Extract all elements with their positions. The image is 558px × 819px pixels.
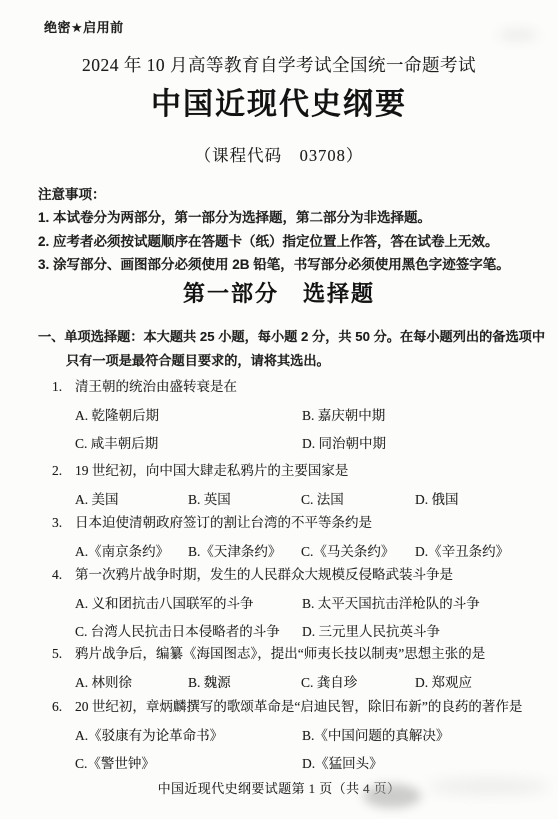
option-b: B. 嘉庆朝中期 (302, 402, 552, 430)
notice-heading: 注意事项： (38, 183, 544, 206)
question-5: 5.鸦片战争后，编纂《海国图志》，提出“师夷长技以制夷”思想主张的是 A. 林则… (0, 643, 552, 697)
question-stem: 鸦片战争后，编纂《海国图志》，提出“师夷长技以制夷”思想主张的是 (75, 646, 485, 661)
question-number: 4. (52, 564, 75, 585)
option-b: B. 英国 (188, 486, 301, 514)
question-options: A. 美国 B. 英国 C. 法国 D. 俄国 (75, 486, 552, 514)
option-a: A. 美国 (75, 486, 188, 514)
section-intro-line-1: 一、单项选择题：本大题共 25 小题，每小题 2 分，共 50 分。在每小题列出… (38, 325, 552, 349)
option-d: D. 同治朝中期 (302, 430, 552, 458)
question-number: 2. (52, 460, 75, 481)
scan-smudge-streak (428, 779, 550, 794)
question-options: A. 乾隆朝后期 B. 嘉庆朝中期 C. 咸丰朝后期 D. 同治朝中期 (75, 402, 552, 457)
section-intro: 一、单项选择题：本大题共 25 小题，每小题 2 分，共 50 分。在每小题列出… (38, 325, 552, 373)
option-a: A. 乾隆朝后期 (75, 402, 302, 430)
option-c: C. 台湾人民抗击日本侵略者的斗争 (75, 618, 302, 646)
option-d: D.《辛丑条约》 (415, 538, 552, 566)
option-a: A. 林则徐 (75, 669, 188, 697)
notice-item-1: 1. 本试卷分为两部分，第一部分为选择题，第二部分为非选择题。 (38, 206, 544, 229)
question-stem: 清王朝的统治由盛转衰是在 (75, 379, 237, 394)
question-6: 6.20 世纪初，章炳麟撰写的歌颂革命是“启迪民智，除旧布新”的良药的著作是 A… (0, 696, 552, 777)
option-d: D. 俄国 (415, 486, 552, 514)
option-b: B. 魏源 (188, 669, 301, 697)
course-code: （课程代码 03708） (0, 142, 558, 166)
option-a: A.《驳康有为论革命书》 (75, 722, 302, 750)
question-number: 5. (52, 643, 75, 664)
question-3: 3.日本迫使清朝政府签订的割让台湾的不平等条约是 A.《南京条约》 B.《天津条… (0, 512, 552, 566)
notice-section: 注意事项： 1. 本试卷分为两部分，第一部分为选择题，第二部分为非选择题。 2.… (38, 183, 544, 276)
question-stem-line: 6.20 世纪初，章炳麟撰写的歌颂革命是“启迪民智，除旧布新”的良药的著作是 (0, 696, 552, 717)
option-d: D. 郑观应 (415, 669, 552, 697)
option-a: A. 义和团抗击八国联军的斗争 (75, 590, 302, 618)
option-d: D.《猛回头》 (302, 750, 552, 778)
question-options: A. 林则徐 B. 魏源 C. 龚自珍 D. 郑观应 (75, 669, 552, 697)
question-stem: 19 世纪初，向中国大肆走私鸦片的主要国家是 (75, 463, 348, 478)
question-number: 3. (52, 512, 75, 533)
question-options: A.《南京条约》 B.《天津条约》 C.《马关条约》 D.《辛丑条约》 (75, 538, 552, 566)
question-number: 1. (52, 376, 75, 397)
page-title: 中国近现代史纲要 (0, 79, 558, 123)
section-intro-line-2: 只有一项是最符合题目要求的，请将其选出。 (38, 349, 552, 373)
option-b: B. 太平天国抗击洋枪队的斗争 (302, 590, 552, 618)
option-c: C. 咸丰朝后期 (75, 430, 302, 458)
option-d: D. 三元里人民抗英斗争 (302, 618, 552, 646)
notice-item-2: 2. 应考者必须按试题顺序在答题卡（纸）指定位置上作答，答在试卷上无效。 (38, 230, 544, 253)
question-1: 1.清王朝的统治由盛转衰是在 A. 乾隆朝后期 B. 嘉庆朝中期 C. 咸丰朝后… (0, 376, 552, 457)
option-c: C. 法国 (301, 486, 415, 514)
classification-label: 绝密★启用前 (44, 17, 124, 36)
part-one-heading: 第一部分 选择题 (0, 277, 558, 308)
option-a: A.《南京条约》 (75, 538, 188, 566)
question-stem: 20 世纪初，章炳麟撰写的歌颂革命是“启迪民智，除旧布新”的良药的著作是 (75, 699, 522, 714)
question-options: A. 义和团抗击八国联军的斗争 B. 太平天国抗击洋枪队的斗争 C. 台湾人民抗… (75, 590, 552, 645)
option-b: B.《中国问题的真解决》 (302, 722, 552, 750)
question-stem-line: 2.19 世纪初，向中国大肆走私鸦片的主要国家是 (0, 460, 552, 481)
question-options: A.《驳康有为论革命书》 B.《中国问题的真解决》 C.《警世钟》 D.《猛回头… (75, 722, 552, 777)
scan-smudge-faint (498, 30, 538, 40)
exam-paper-page: 绝密★启用前 2024 年 10 月高等教育自学考试全国统一命题考试 中国近现代… (0, 0, 558, 819)
option-b: B.《天津条约》 (188, 538, 301, 566)
question-number: 6. (52, 696, 75, 717)
question-4: 4.第一次鸦片战争时期，发生的人民群众大规模反侵略武装斗争是 A. 义和团抗击八… (0, 564, 552, 645)
question-stem-line: 5.鸦片战争后，编纂《海国图志》，提出“师夷长技以制夷”思想主张的是 (0, 643, 552, 664)
question-stem-line: 4.第一次鸦片战争时期，发生的人民群众大规模反侵略武装斗争是 (0, 564, 552, 585)
question-2: 2.19 世纪初，向中国大肆走私鸦片的主要国家是 A. 美国 B. 英国 C. … (0, 460, 552, 514)
question-stem: 第一次鸦片战争时期，发生的人民群众大规模反侵略武装斗争是 (75, 567, 453, 582)
scan-smudge (363, 784, 421, 808)
question-stem-line: 3.日本迫使清朝政府签订的割让台湾的不平等条约是 (0, 512, 552, 533)
option-c: C. 龚自珍 (301, 669, 415, 697)
option-c: C.《警世钟》 (75, 750, 302, 778)
question-stem-line: 1.清王朝的统治由盛转衰是在 (0, 376, 552, 397)
exam-session-line: 2024 年 10 月高等教育自学考试全国统一命题考试 (0, 52, 558, 77)
option-c: C.《马关条约》 (301, 538, 415, 566)
question-stem: 日本迫使清朝政府签订的割让台湾的不平等条约是 (75, 515, 372, 530)
notice-item-3: 3. 涂写部分、画图部分必须使用 2B 铅笔，书写部分必须使用黑色字迹签字笔。 (38, 253, 544, 276)
